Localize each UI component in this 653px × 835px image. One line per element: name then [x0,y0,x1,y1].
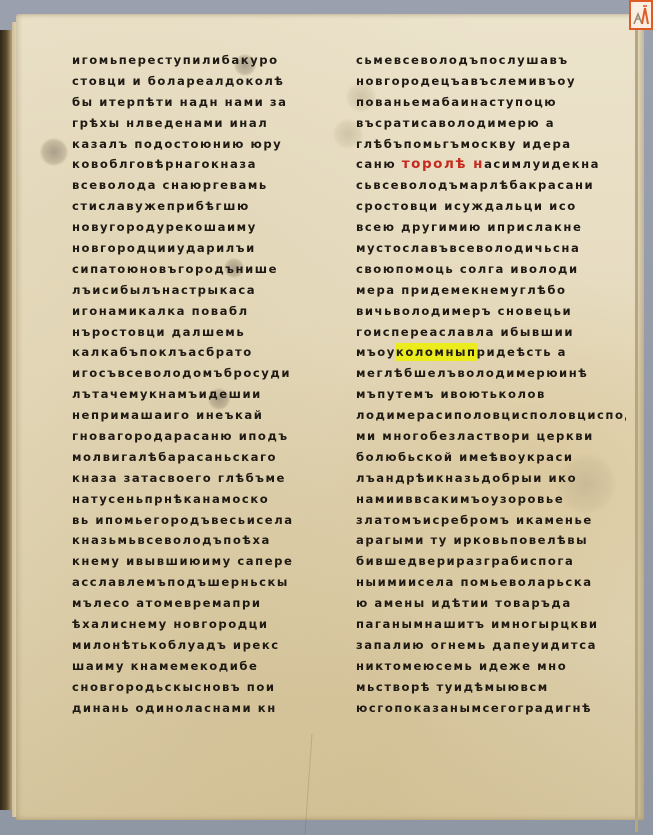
text-line: запалию огнемь дапеуидитса [356,635,626,656]
text-line: никтомеюсемь идеже мно [356,656,626,677]
text-line: милонѣтькоблуадъ ирекс [72,635,334,656]
text-line: мъпутемъ ивоютьколов [356,384,626,405]
text-line: мьстворѣ туидѣмыювсм [356,677,626,698]
text-line: казалъ подостоюнию юру [72,134,334,155]
text-line: кназьмьвсеволодъпоѣха [72,530,334,551]
text-line: стиславужеприбѣгшю [72,196,334,217]
text-line: шаиму кнамемекодибе [72,656,334,677]
text-line: мъоуколомныпридеѣсть а [356,342,626,363]
text-line: кназа затасвоего глѣбъме [72,468,334,489]
text-line: молвигалѣбарасаньскаго [72,447,334,468]
text-line: мера придемекнемуглѣбо [356,280,626,301]
text-column-right: сьмевсеволодъпослушавъновгородецъавъслем… [356,50,626,719]
text-line: ныимиисела помьеволарьска [356,572,626,593]
text-line: сновгородьскысновъ пои [72,677,334,698]
text-line: юсгопоказанымсегоградигнѣ [356,698,626,719]
text-segment: ридеѣсть а [477,345,567,359]
text-line: пованьемабаинаступоцю [356,92,626,113]
text-line: гновагородарасаню иподъ [72,426,334,447]
text-line: вь ипомьегородъвесьисела [72,510,334,531]
text-line: кнему ивывшиюиму сапере [72,551,334,572]
text-line: нъростовци далшемь [72,322,334,343]
text-line: новугородурекошаиму [72,217,334,238]
text-line: лътачемукнамъидешии [72,384,334,405]
page-crease [305,734,313,834]
rubric-text: Торолѣ Н [402,156,484,172]
text-line: своюпомоць солга иволоди [356,259,626,280]
text-line: всею другимию иприслакне [356,217,626,238]
text-line: ми многобезластвори церкви [356,426,626,447]
text-segment: саню [356,157,402,171]
library-logo-button[interactable] [629,0,653,30]
text-line: игонамикалка повабл [72,301,334,322]
manuscript-viewer: игомьпереступилибакуростовци и болареалд… [0,0,653,835]
text-line: сьвсеволодъмарлѣбакрасани [356,175,626,196]
text-line: гоиспереаславла ибывшии [356,322,626,343]
text-line: игомьпереступилибакуро [72,50,334,71]
text-line: лъандрѣикназьдобрыи ико [356,468,626,489]
text-line: вичьволодимеръ сновецьи [356,301,626,322]
text-line: бы итерпѣти надн нами за [72,92,334,113]
text-line: ѣхалиснему новгородци [72,614,334,635]
text-line: непримашаиго инеъкай [72,405,334,426]
page-right-edge [635,26,638,832]
text-line: сростовци исуждальци исо [356,196,626,217]
text-line: сьмевсеволодъпослушавъ [356,50,626,71]
text-line: лъисибылънастрыкаса [72,280,334,301]
text-line: бившедвериразграбиспога [356,551,626,572]
text-line: мустославъвсеволодичьсна [356,238,626,259]
text-line: арагыми ту ирковьповелѣвы [356,530,626,551]
ink-stain [40,138,68,166]
text-line: игосъвсеволодомъбросуди [72,363,334,384]
text-segment: асимлуидекна [484,157,600,171]
text-line: динань одиноласнами кн [72,698,334,719]
text-line: ковоблговѣрнагокназа [72,154,334,175]
text-line: златомъисребромъ икаменье [356,510,626,531]
text-line: новгородцииударилъи [72,238,334,259]
text-line: всеволода снаюргевамь [72,175,334,196]
text-line: глѣбъпомьгъмоскву идера [356,134,626,155]
text-line: болюбьской имеѣвоукраси [356,447,626,468]
text-line: намииввсакимъоузоровье [356,489,626,510]
text-line: меглѣбшелъволодимерюинѣ [356,363,626,384]
text-line: сипатоюновъгородънише [72,259,334,280]
text-segment: мъоу [356,345,396,359]
library-logo-icon [631,2,651,28]
text-line: саню Торолѣ Насимлуидекна [356,154,626,175]
text-line: асславлемъподъшерньскы [72,572,334,593]
text-line: калкабъпоклъасбрато [72,342,334,363]
text-line: натусеньпрнѣканамоско [72,489,334,510]
text-line: лодимерасиполовцисполовцисподаны [356,405,626,426]
text-line: мълесо атомевремапри [72,593,334,614]
text-line: въсратисаволодимерю а [356,113,626,134]
text-line: новгородецъавъслемивъоу [356,71,626,92]
text-line: грѣхы нлведенами инал [72,113,334,134]
text-line: ю амены идѣтии товаръда [356,593,626,614]
text-line: паганымнашитъ имногырцкви [356,614,626,635]
text-column-left: игомьпереступилибакуростовци и болареалд… [72,50,334,719]
text-line: стовци и болареалдоколѣ [72,71,334,92]
highlighted-word[interactable]: коломнып [396,343,477,361]
